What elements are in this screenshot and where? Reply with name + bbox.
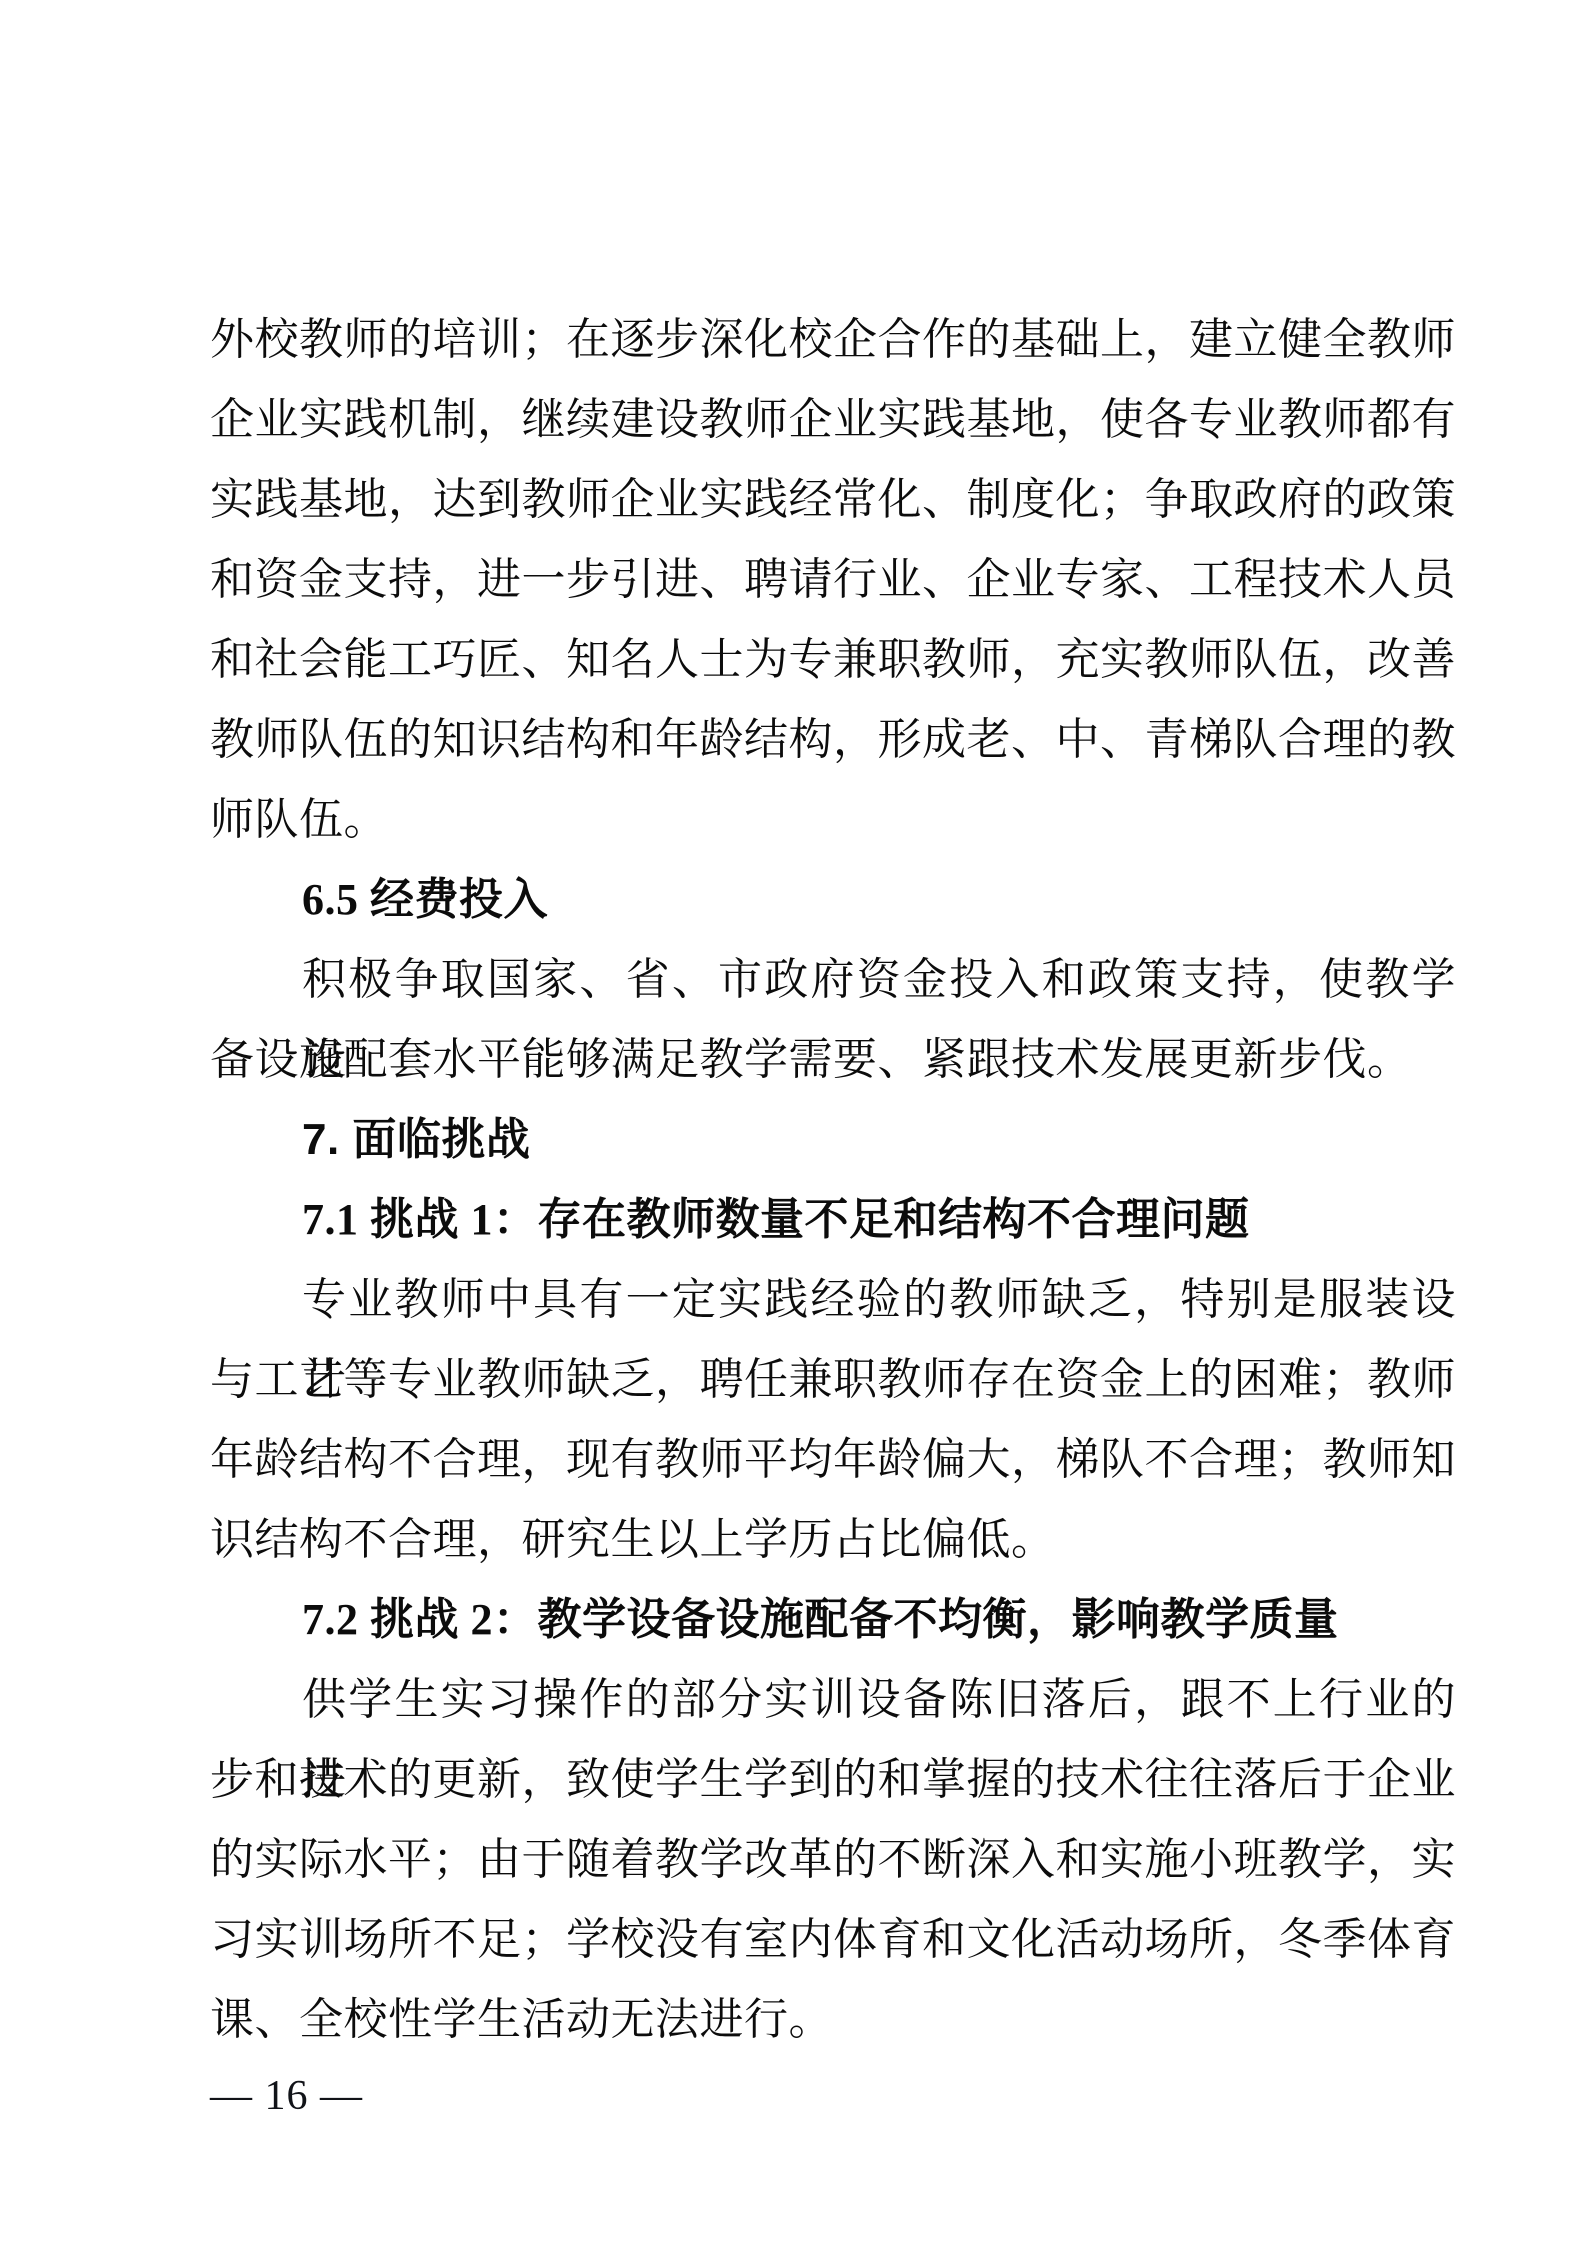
paragraph: 专业教师中具有一定实践经验的教师缺乏，特别是服装设计与工艺等专业教师缺乏，聘任兼… [210, 1260, 1456, 1580]
section-heading: 7.1 挑战 1：存在教师数量不足和结构不合理问题 [210, 1180, 1456, 1260]
paragraph: 供学生实习操作的部分实训设备陈旧落后，跟不上行业的进步和技术的更新，致使学生学到… [210, 1660, 1456, 2060]
paragraph: 外校教师的培训；在逐步深化校企合作的基础上，建立健全教师企业实践机制，继续建设教… [210, 300, 1456, 860]
text-line: 年龄结构不合理，现有教师平均年龄偏大，梯队不合理；教师知 [210, 1420, 1456, 1500]
text-line: 专业教师中具有一定实践经验的教师缺乏，特别是服装设计 [210, 1260, 1456, 1340]
text-line: 的实际水平；由于随着教学改革的不断深入和实施小班教学，实 [210, 1820, 1456, 1900]
section-heading: 7. 面临挑战 [210, 1100, 1456, 1180]
text-line: 和社会能工巧匠、知名人士为专兼职教师，充实教师队伍，改善 [210, 620, 1456, 700]
text-line: 课、全校性学生活动无法进行。 [210, 1980, 1456, 2060]
text-line: 备设施配套水平能够满足教学需要、紧跟技术发展更新步伐。 [210, 1020, 1456, 1100]
text-line: 与工艺等专业教师缺乏，聘任兼职教师存在资金上的困难；教师 [210, 1340, 1456, 1420]
document-body: 外校教师的培训；在逐步深化校企合作的基础上，建立健全教师企业实践机制，继续建设教… [210, 300, 1456, 2060]
text-line: 教师队伍的知识结构和年龄结构，形成老、中、青梯队合理的教 [210, 700, 1456, 780]
heading-line: 7.1 挑战 1：存在教师数量不足和结构不合理问题 [210, 1180, 1456, 1260]
text-line: 供学生实习操作的部分实训设备陈旧落后，跟不上行业的进 [210, 1660, 1456, 1740]
heading-line: 7.2 挑战 2：教学设备设施配备不均衡，影响教学质量 [210, 1580, 1456, 1660]
text-line: 外校教师的培训；在逐步深化校企合作的基础上，建立健全教师 [210, 300, 1456, 380]
text-line: 识结构不合理，研究生以上学历占比偏低。 [210, 1500, 1456, 1580]
text-line: 习实训场所不足；学校没有室内体育和文化活动场所，冬季体育 [210, 1900, 1456, 1980]
text-line: 积极争取国家、省、市政府资金投入和政策支持，使教学设 [210, 940, 1456, 1020]
page-number-footer: — 16 — [210, 2066, 363, 2126]
paragraph: 积极争取国家、省、市政府资金投入和政策支持，使教学设备设施配套水平能够满足教学需… [210, 940, 1456, 1100]
heading-line: 6.5 经费投入 [210, 860, 1456, 940]
text-line: 师队伍。 [210, 780, 1456, 860]
heading-line: 7. 面临挑战 [210, 1100, 1456, 1180]
document-page: 外校教师的培训；在逐步深化校企合作的基础上，建立健全教师企业实践机制，继续建设教… [0, 0, 1588, 2245]
text-line: 和资金支持，进一步引进、聘请行业、企业专家、工程技术人员 [210, 540, 1456, 620]
section-heading: 6.5 经费投入 [210, 860, 1456, 940]
text-line: 实践基地，达到教师企业实践经常化、制度化；争取政府的政策 [210, 460, 1456, 540]
text-line: 步和技术的更新，致使学生学到的和掌握的技术往往落后于企业 [210, 1740, 1456, 1820]
text-line: 企业实践机制，继续建设教师企业实践基地，使各专业教师都有 [210, 380, 1456, 460]
section-heading: 7.2 挑战 2：教学设备设施配备不均衡，影响教学质量 [210, 1580, 1456, 1660]
